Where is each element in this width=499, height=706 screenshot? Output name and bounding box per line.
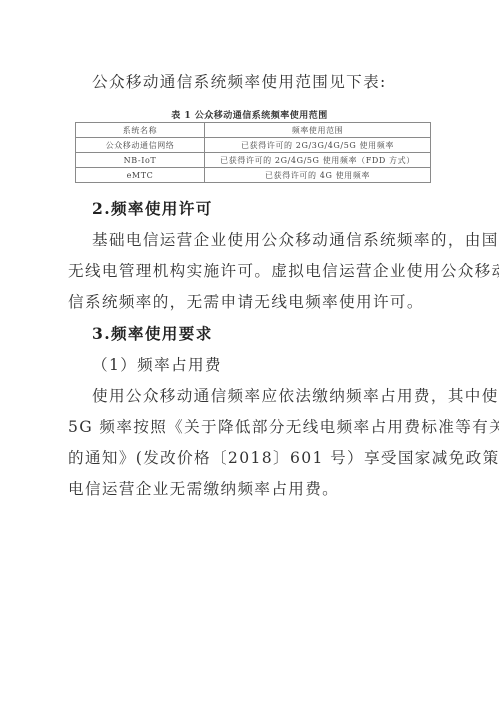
cell-range: 已获得许可的 2G/4G/5G 使用频率（FDD 方式）: [205, 153, 431, 168]
subsection-3-1-heading: （1）频率占用费: [92, 353, 222, 375]
paragraph-line: 使用公众移动通信频率应依法缴纳频率占用费，其中使用: [92, 384, 499, 406]
cell-system: 公众移动通信网络: [76, 138, 205, 153]
paragraph-line: 电信运营企业无需缴纳频率占用费。: [68, 477, 339, 499]
paragraph-line: 5G 频率按照《关于降低部分无线电频率占用费标准等有关问题: [68, 415, 499, 437]
table-caption: 表 1 公众移动通信系统频率使用范围: [0, 108, 499, 121]
paragraph-line: 的通知》(发改价格〔2018〕601 号）享受国家减免政策。虚拟: [68, 446, 499, 468]
frequency-table: 系统名称 频率使用范围 公众移动通信网络 已获得许可的 2G/3G/4G/5G …: [75, 122, 431, 183]
cell-range: 已获得许可的 2G/3G/4G/5G 使用频率: [205, 138, 431, 153]
paragraph-line: 无线电管理机构实施许可。虚拟电信运营企业使用公众移动通: [68, 259, 499, 281]
paragraph-line: 信系统频率的，无需申请无线电频率使用许可。: [68, 290, 424, 312]
header-frequency-range: 频率使用范围: [205, 123, 431, 138]
table-header-row: 系统名称 频率使用范围: [76, 123, 431, 138]
table-row: NB-IoT 已获得许可的 2G/4G/5G 使用频率（FDD 方式）: [76, 153, 431, 168]
table-row: eMTC 已获得许可的 4G 使用频率: [76, 168, 431, 183]
header-system-name: 系统名称: [76, 123, 205, 138]
cell-system: eMTC: [76, 168, 205, 183]
cell-range: 已获得许可的 4G 使用频率: [205, 168, 431, 183]
table-row: 公众移动通信网络 已获得许可的 2G/3G/4G/5G 使用频率: [76, 138, 431, 153]
intro-paragraph: 公众移动通信系统频率使用范围见下表:: [92, 70, 387, 92]
section-3-heading: 3.频率使用要求: [92, 322, 213, 344]
section-2-heading: 2.频率使用许可: [92, 197, 213, 219]
cell-system: NB-IoT: [76, 153, 205, 168]
paragraph-line: 基础电信运营企业使用公众移动通信系统频率的，由国家: [92, 228, 499, 250]
